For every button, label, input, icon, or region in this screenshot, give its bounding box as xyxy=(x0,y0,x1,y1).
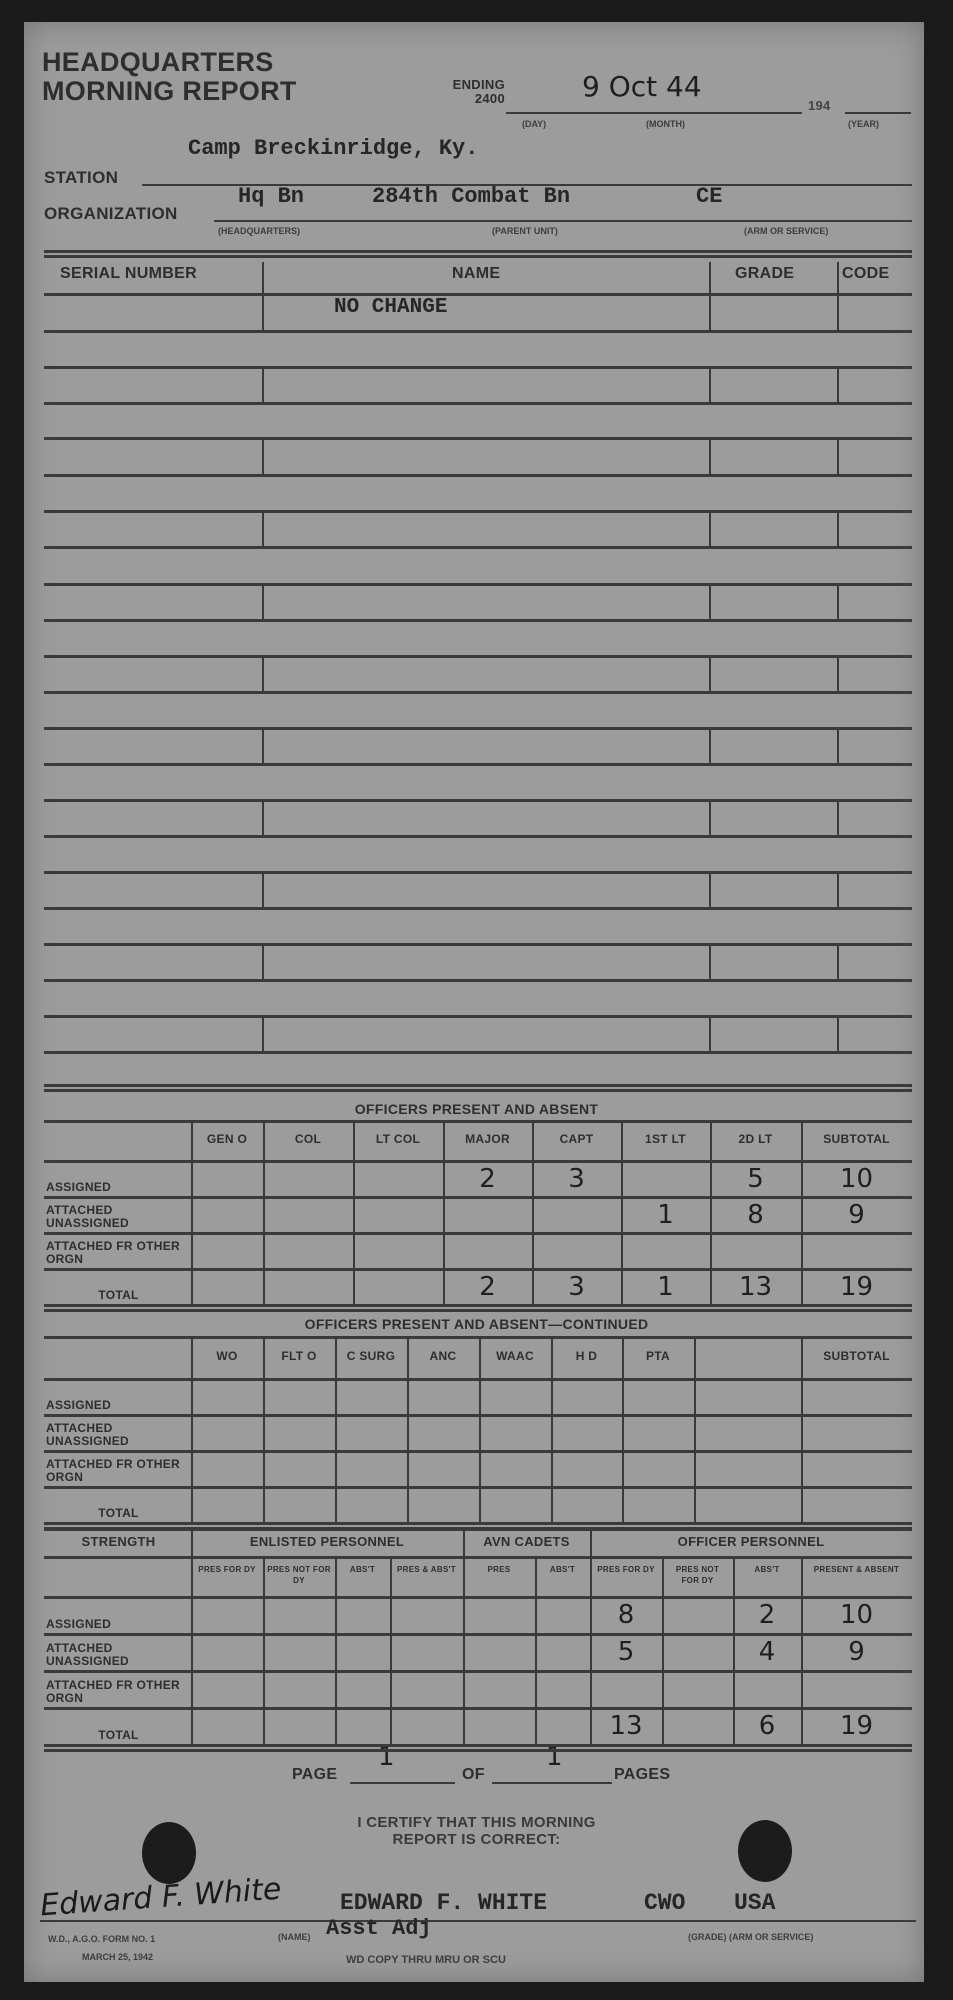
page-number-line xyxy=(350,1782,455,1784)
strength-cell[interactable]: 19 xyxy=(801,1711,912,1741)
strength-column-divider xyxy=(390,1556,392,1744)
strength-label: STRENGTH xyxy=(46,1534,191,1549)
roster-row-line xyxy=(44,510,912,513)
roster-column-divider xyxy=(709,727,711,763)
grade-arm-caption: (GRADE) (ARM OR SERVICE) xyxy=(688,1932,813,1942)
strength-cell[interactable]: 2 xyxy=(733,1600,801,1630)
officers-column-header: COL xyxy=(263,1132,353,1146)
roster-row-line xyxy=(44,619,912,622)
roster-row-line xyxy=(44,437,912,440)
officers-column-header: 1ST LT xyxy=(621,1132,710,1146)
roster-row-line xyxy=(44,330,912,333)
officers-title: OFFICERS PRESENT AND ABSENT xyxy=(0,1101,953,1117)
ending-label-group: ENDING 2400 xyxy=(430,78,505,106)
roster-row-line xyxy=(44,691,912,694)
officers-continued-column-divider xyxy=(335,1336,337,1522)
strength-row-label: ATTACHED UNASSIGNED xyxy=(46,1633,191,1670)
officers-continued-column-divider xyxy=(801,1336,803,1522)
strength-row-label: TOTAL xyxy=(46,1707,191,1744)
ending-time: 2400 xyxy=(430,92,505,106)
officers-header-top-line xyxy=(44,1120,912,1123)
officers-continued-row-label: ATTACHED FR OTHER ORGN xyxy=(46,1450,191,1486)
strength-cell[interactable]: 4 xyxy=(733,1637,801,1667)
officers-continued-row-label: ATTACHED UNASSIGNED xyxy=(46,1414,191,1450)
officers-continued-column-divider xyxy=(622,1336,624,1522)
roster-row-line xyxy=(44,546,912,549)
strength-cell[interactable]: 5 xyxy=(590,1637,662,1667)
strength-cell[interactable]: 9 xyxy=(801,1637,912,1667)
roster-column-divider xyxy=(709,366,711,402)
strength-subcolumn-header: PRES & ABS'T xyxy=(390,1564,463,1575)
roster-row-line xyxy=(44,402,912,405)
form-title: HEADQUARTERS MORNING REPORT xyxy=(42,48,297,106)
strength-subcolumn-header: PRES FOR DY xyxy=(191,1564,263,1575)
roster-column-divider xyxy=(837,262,839,293)
strength-row-line xyxy=(44,1528,912,1531)
roster-column-divider xyxy=(837,437,839,474)
roster-column-divider xyxy=(837,655,839,691)
parent-caption: (PARENT UNIT) xyxy=(492,226,558,236)
organization-label: ORGANIZATION xyxy=(44,204,178,224)
officers-cell[interactable]: 3 xyxy=(532,1164,621,1194)
officers-column-header: MAJOR xyxy=(443,1132,532,1146)
officers-continued-column-divider xyxy=(694,1336,696,1522)
roster-column-divider xyxy=(837,1015,839,1051)
officers-continued-column-header: FLT O xyxy=(263,1349,335,1363)
officers-row-label: ASSIGNED xyxy=(46,1160,191,1196)
officers-continued-title: OFFICERS PRESENT AND ABSENT—CONTINUED xyxy=(0,1316,953,1332)
officers-column-header: GEN O xyxy=(191,1132,263,1146)
strength-group-divider xyxy=(463,1528,465,1744)
signer-arm: USA xyxy=(734,1890,775,1916)
officers-continued-column-header: PTA xyxy=(622,1349,694,1363)
station-value[interactable]: Camp Breckinridge, Ky. xyxy=(188,136,478,161)
roster-column-divider xyxy=(709,1015,711,1051)
roster-row-line xyxy=(44,293,912,296)
roster-column-divider xyxy=(837,799,839,835)
roster-column-divider xyxy=(709,510,711,546)
arm-caption: (ARM OR SERVICE) xyxy=(744,226,828,236)
officers-continued-column-header: WAAC xyxy=(479,1349,551,1363)
strength-subcolumn-header: PRES FOR DY xyxy=(590,1564,662,1575)
officers-cell[interactable]: 1 xyxy=(621,1200,710,1230)
roster-column-divider xyxy=(837,510,839,546)
roster-column-divider xyxy=(709,871,711,907)
organization-hq[interactable]: Hq Bn xyxy=(238,184,304,209)
form-id-line2: MARCH 25, 1942 xyxy=(82,1952,153,1962)
roster-column-divider xyxy=(262,871,264,907)
form-id-line1: W.D., A.G.O. FORM NO. 1 xyxy=(48,1934,155,1944)
strength-group-header: OFFICER PERSONNEL xyxy=(590,1534,912,1549)
roster-header-code: CODE xyxy=(842,265,889,283)
officers-continued-row-label: TOTAL xyxy=(46,1486,191,1522)
officers-cell[interactable]: 2 xyxy=(443,1272,532,1302)
strength-bottom-rule xyxy=(44,1744,912,1752)
punch-hole-left xyxy=(142,1822,196,1884)
organization-arm[interactable]: CE xyxy=(696,184,722,209)
officers-continued-column-divider xyxy=(263,1336,265,1522)
officers-continued-column-header: ANC xyxy=(407,1349,479,1363)
officers-cell[interactable]: 2 xyxy=(443,1164,532,1194)
roster-column-divider xyxy=(837,871,839,907)
roster-header-grade: GRADE xyxy=(735,265,794,283)
strength-cell[interactable]: 6 xyxy=(733,1711,801,1741)
roster-row-line xyxy=(44,727,912,730)
day-caption: (DAY) xyxy=(522,119,546,129)
roster-column-divider xyxy=(709,799,711,835)
certify-line1: I CERTIFY THAT THIS MORNING xyxy=(0,1814,953,1831)
strength-subcolumn-header: PRES NOT FOR DY xyxy=(263,1564,335,1586)
strength-row-label: ASSIGNED xyxy=(46,1596,191,1633)
copy-note: WD COPY THRU MRU OR SCU xyxy=(346,1954,506,1966)
roster-column-divider xyxy=(262,366,264,402)
of-label: OF xyxy=(462,1766,485,1784)
officers-cell[interactable]: 5 xyxy=(710,1164,801,1194)
roster-column-divider xyxy=(709,437,711,474)
report-date[interactable]: 9 Oct 44 xyxy=(582,70,702,103)
strength-subcolumn-header: PRESENT & ABSENT xyxy=(801,1564,912,1575)
roster-entry[interactable]: NO CHANGE xyxy=(334,296,447,319)
officers-column-header: LT COL xyxy=(353,1132,443,1146)
officers-continued-row-label: ASSIGNED xyxy=(46,1378,191,1414)
officers-cell[interactable]: 8 xyxy=(710,1200,801,1230)
punch-hole-right xyxy=(738,1820,792,1882)
roster-column-divider xyxy=(709,943,711,979)
officers-continued-column-divider xyxy=(551,1336,553,1522)
roster-top-rule xyxy=(44,250,912,258)
strength-group-header: ENLISTED PERSONNEL xyxy=(191,1534,463,1549)
organization-line xyxy=(214,220,912,222)
year-prefix: 194 xyxy=(808,98,831,113)
roster-row-line xyxy=(44,763,912,766)
strength-column-divider xyxy=(535,1556,537,1744)
signature-line xyxy=(40,1920,916,1922)
roster-row-line xyxy=(44,1051,912,1054)
date-line xyxy=(506,112,802,114)
roster-row-line xyxy=(44,943,912,946)
strength-cell[interactable]: 8 xyxy=(590,1600,662,1630)
roster-row-line xyxy=(44,583,912,586)
officers-column-divider xyxy=(263,1120,265,1304)
strength-subcolumn-header: ABS'T xyxy=(733,1564,801,1575)
roster-column-divider xyxy=(262,1015,264,1051)
signer-title: Asst Adj xyxy=(326,1916,432,1941)
strength-row-label: ATTACHED FR OTHER ORGN xyxy=(46,1670,191,1707)
roster-column-divider xyxy=(262,437,264,474)
strength-group-divider xyxy=(191,1528,193,1744)
officers-continued-column-header: H D xyxy=(551,1349,622,1363)
station-label: STATION xyxy=(44,168,118,188)
roster-row-line xyxy=(44,474,912,477)
officers-column-divider xyxy=(191,1120,193,1304)
roster-column-divider xyxy=(837,583,839,619)
strength-subcolumn-header: ABS'T xyxy=(335,1564,390,1575)
roster-column-divider xyxy=(262,655,264,691)
hq-caption: (HEADQUARTERS) xyxy=(218,226,300,236)
roster-column-divider xyxy=(262,727,264,763)
officers-continued-column-header: C SURG xyxy=(335,1349,407,1363)
officers-column-header: SUBTOTAL xyxy=(801,1132,912,1146)
officers-continued-column-divider xyxy=(407,1336,409,1522)
name-caption: (NAME) xyxy=(278,1932,311,1942)
strength-subcolumn-header: ABS'T xyxy=(535,1564,590,1575)
officers-cell[interactable]: 9 xyxy=(801,1200,912,1230)
roster-column-divider xyxy=(837,727,839,763)
roster-column-divider xyxy=(709,583,711,619)
page-label: PAGE xyxy=(292,1766,337,1784)
officers-column-header: CAPT xyxy=(532,1132,621,1146)
roster-column-divider xyxy=(837,366,839,402)
roster-column-divider xyxy=(262,583,264,619)
officers-continued-column-divider xyxy=(191,1336,193,1522)
roster-row-line xyxy=(44,655,912,658)
officers-continued-column-divider xyxy=(479,1336,481,1522)
total-pages-line xyxy=(492,1782,612,1784)
officers-row-label: ATTACHED UNASSIGNED xyxy=(46,1196,191,1232)
roster-row-line xyxy=(44,835,912,838)
officers-cell[interactable]: 19 xyxy=(801,1272,912,1302)
organization-parent[interactable]: 284th Combat Bn xyxy=(372,184,570,209)
officers-cell[interactable]: 13 xyxy=(710,1272,801,1302)
ending-label: ENDING xyxy=(430,78,505,92)
pages-label: PAGES xyxy=(614,1766,670,1784)
officers-continued-column-header: SUBTOTAL xyxy=(801,1349,912,1363)
roster-row-line xyxy=(44,366,912,369)
roster-column-divider xyxy=(709,262,711,293)
officers-cell[interactable]: 10 xyxy=(801,1164,912,1194)
roster-header-serial: SERIAL NUMBER xyxy=(60,265,197,283)
signer-name: EDWARD F. WHITE xyxy=(340,1890,547,1916)
roster-row-line xyxy=(44,799,912,802)
strength-subcolumn-header: PRES xyxy=(463,1564,535,1575)
roster-column-divider xyxy=(837,943,839,979)
year-line xyxy=(845,112,911,114)
officers-column-header: 2D LT xyxy=(710,1132,801,1146)
strength-cell[interactable]: 13 xyxy=(590,1711,662,1741)
month-caption: (MONTH) xyxy=(646,119,685,129)
roster-header-name: NAME xyxy=(452,265,500,283)
officers-cell[interactable]: 1 xyxy=(621,1272,710,1302)
officers-continued-header-top-line xyxy=(44,1336,912,1339)
roster-row-line xyxy=(44,1015,912,1018)
signer-grade: CWO xyxy=(644,1890,685,1916)
roster-column-divider xyxy=(709,293,711,330)
roster-row-line xyxy=(44,907,912,910)
roster-column-divider xyxy=(709,655,711,691)
officers-continued-column-header: WO xyxy=(191,1349,263,1363)
strength-row-line xyxy=(44,1556,912,1559)
roster-column-divider xyxy=(262,262,264,293)
form-title-line2: MORNING REPORT xyxy=(42,77,297,106)
strength-column-divider xyxy=(335,1556,337,1744)
roster-bottom-rule xyxy=(44,1084,912,1092)
roster-row-line xyxy=(44,979,912,982)
roster-column-divider xyxy=(262,799,264,835)
officers-cell[interactable]: 3 xyxy=(532,1272,621,1302)
roster-column-divider xyxy=(262,293,264,330)
strength-group-header: AVN CADETS xyxy=(463,1534,590,1549)
form-title-line1: HEADQUARTERS xyxy=(42,48,297,77)
roster-column-divider xyxy=(837,293,839,330)
roster-column-divider xyxy=(262,943,264,979)
officers-row-label: ATTACHED FR OTHER ORGN xyxy=(46,1232,191,1268)
roster-column-divider xyxy=(262,510,264,546)
strength-subcolumn-header: PRES NOT FOR DY xyxy=(662,1564,733,1586)
officers-column-divider xyxy=(353,1120,355,1304)
roster-row-line xyxy=(44,871,912,874)
officers-bottom-rule xyxy=(44,1304,912,1312)
year-caption: (YEAR) xyxy=(848,119,879,129)
officers-row-label: TOTAL xyxy=(46,1268,191,1304)
strength-cell[interactable]: 10 xyxy=(801,1600,912,1630)
